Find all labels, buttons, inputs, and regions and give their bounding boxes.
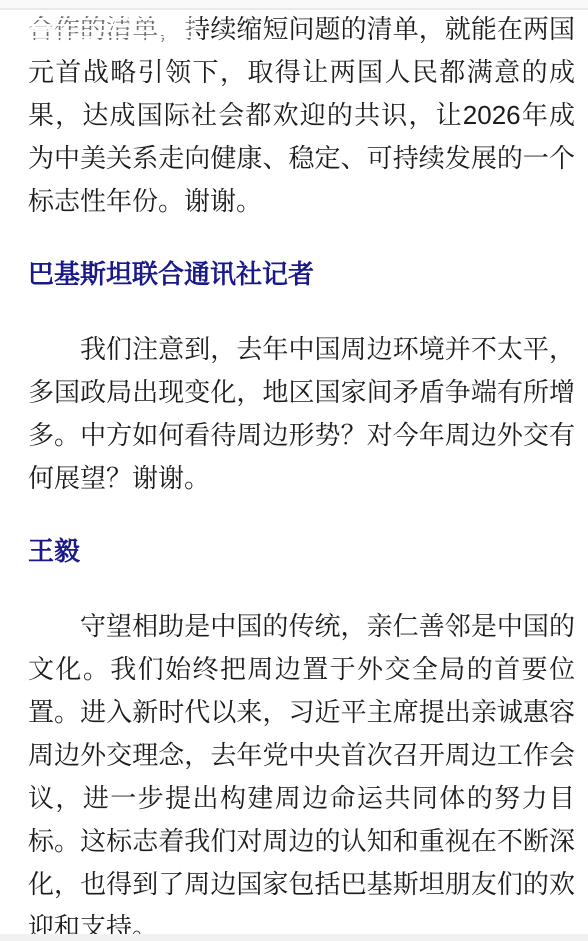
article-scroll-view[interactable]: 合作的清单，持续缩短问题的清单，就能在两国元首战略引领下，取得让两国人民都满意的… (0, 0, 588, 941)
bottom-edge-strip (0, 934, 588, 941)
paragraph-reporter-question: 我们注意到，去年中国周边环境并不太平，多国政局出现变化，地区国家间矛盾争端有所增… (28, 328, 575, 500)
section-heading-pakistan-reporter: 巴基斯坦联合通讯社记者 (28, 253, 575, 296)
paragraph-wang-yi-answer: 守望相助是中国的传统，亲仁善邻是中国的文化。我们始终把周边置于外交全局的首要位置… (28, 605, 575, 941)
section-heading-wang-yi: 王毅 (28, 530, 575, 573)
article-content: 合作的清单，持续缩短问题的清单，就能在两国元首战略引领下，取得让两国人民都满意的… (0, 0, 588, 941)
paragraph-continuation-us-china: 合作的清单，持续缩短问题的清单，就能在两国元首战略引领下，取得让两国人民都满意的… (28, 8, 575, 223)
